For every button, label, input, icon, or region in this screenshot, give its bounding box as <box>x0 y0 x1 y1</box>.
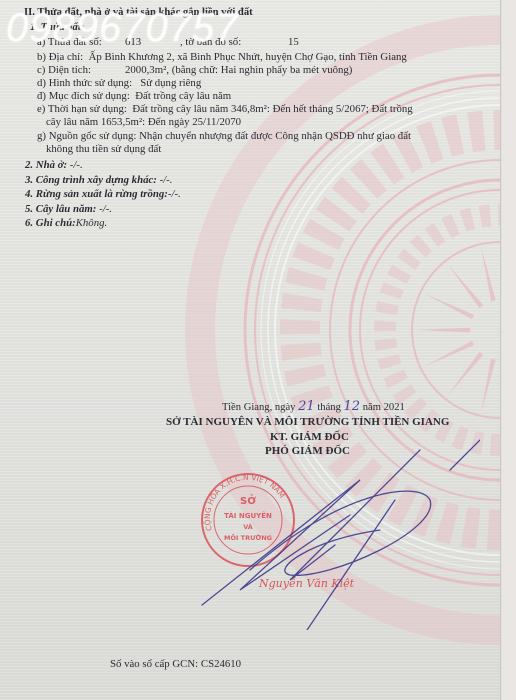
item-label: 5. Cây lâu năm: <box>25 203 96 215</box>
handwritten-month: 12 <box>344 399 361 414</box>
origin-value-line2: không thu tiền sử dụng đất <box>46 143 161 156</box>
term-value-line1: Đất trồng cây lâu năm 346,8m²: Đến hết t… <box>132 103 412 115</box>
usage-form-value: Sử dụng riêng <box>140 77 201 89</box>
handwritten-signature <box>180 430 480 630</box>
usage-form-label: d) Hình thức sử dụng: <box>37 77 132 89</box>
area-label: c) Diện tích: <box>37 64 125 77</box>
year-label: năm 2021 <box>363 402 405 413</box>
item-label: 3. Công trình xây dựng khác: <box>25 174 157 186</box>
registry-value: CS24610 <box>201 658 241 670</box>
usage-form-row: d) Hình thức sử dụng: Sử dụng riêng <box>37 77 201 90</box>
item-label: 4. Rừng sản xuất là rừng trồng: <box>25 188 168 200</box>
item-perennial-trees: 5. Cây lâu năm: -/-. <box>25 203 112 216</box>
map-sheet-value: 15 <box>288 36 299 48</box>
item-label: 6. Ghi chú: <box>25 217 76 229</box>
item-value: -/-. <box>99 203 112 215</box>
address-value: Ấp Bình Khương 2, xã Bình Phục Nhứt, huy… <box>89 51 407 63</box>
month-label: tháng <box>317 402 341 413</box>
item-house: 2. Nhà ở: -/-. <box>25 159 83 172</box>
place-date-prefix: Tiền Giang, ngày <box>222 402 295 413</box>
purpose-value: Đất trồng cây lâu năm <box>135 90 231 102</box>
item-value: -/-. <box>168 188 181 200</box>
issuing-organization: SỞ TÀI NGUYÊN VÀ MÔI TRƯỜNG TỈNH TIỀN GI… <box>166 416 449 428</box>
term-label: e) Thời hạn sử dụng: <box>37 103 127 115</box>
signing-date: Tiền Giang, ngày 21 tháng 12 năm 2021 <box>222 399 405 414</box>
page-edge <box>502 0 516 700</box>
registry-number: Số vào sổ cấp GCN: CS24610 <box>110 658 241 670</box>
area-row: c) Diện tích:2000,3m², (bằng chữ: Hai ng… <box>37 64 352 77</box>
item-label: 2. Nhà ở: <box>25 159 67 171</box>
term-value-line2: cây lâu năm 1653,5m²: Đến ngày 25/11/207… <box>46 116 241 129</box>
purpose-row: đ) Mục đích sử dụng: Đất trồng cây lâu n… <box>37 90 231 103</box>
address-row: b) Địa chỉ: Ấp Bình Khương 2, xã Bình Ph… <box>37 51 407 64</box>
term-row: e) Thời hạn sử dụng: Đất trồng cây lâu n… <box>37 103 413 116</box>
origin-label: g) Nguồn gốc sử dụng: <box>37 130 136 142</box>
item-planted-forest: 4. Rừng sản xuất là rừng trồng:-/-. <box>25 188 181 201</box>
item-value: -/-. <box>160 174 173 186</box>
phone-watermark: 0989670757 <box>6 6 238 51</box>
registry-label: Số vào sổ cấp GCN: <box>110 658 198 670</box>
handwritten-day: 21 <box>298 399 315 414</box>
address-label: b) Địa chỉ: <box>37 51 83 63</box>
item-value: Không. <box>76 217 108 229</box>
purpose-label: đ) Mục đích sử dụng: <box>37 90 130 102</box>
area-value: 2000,3m², (bằng chữ: Hai nghìn phẩy ba m… <box>125 64 352 76</box>
item-notes: 6. Ghi chú:Không. <box>25 217 107 230</box>
item-value: -/-. <box>70 159 83 171</box>
item-other-construction: 3. Công trình xây dựng khác: -/-. <box>25 174 172 187</box>
origin-value-line1: Nhận chuyển nhượng đất được Công nhận QS… <box>139 130 411 142</box>
origin-row: g) Nguồn gốc sử dụng: Nhận chuyển nhượng… <box>37 130 411 143</box>
